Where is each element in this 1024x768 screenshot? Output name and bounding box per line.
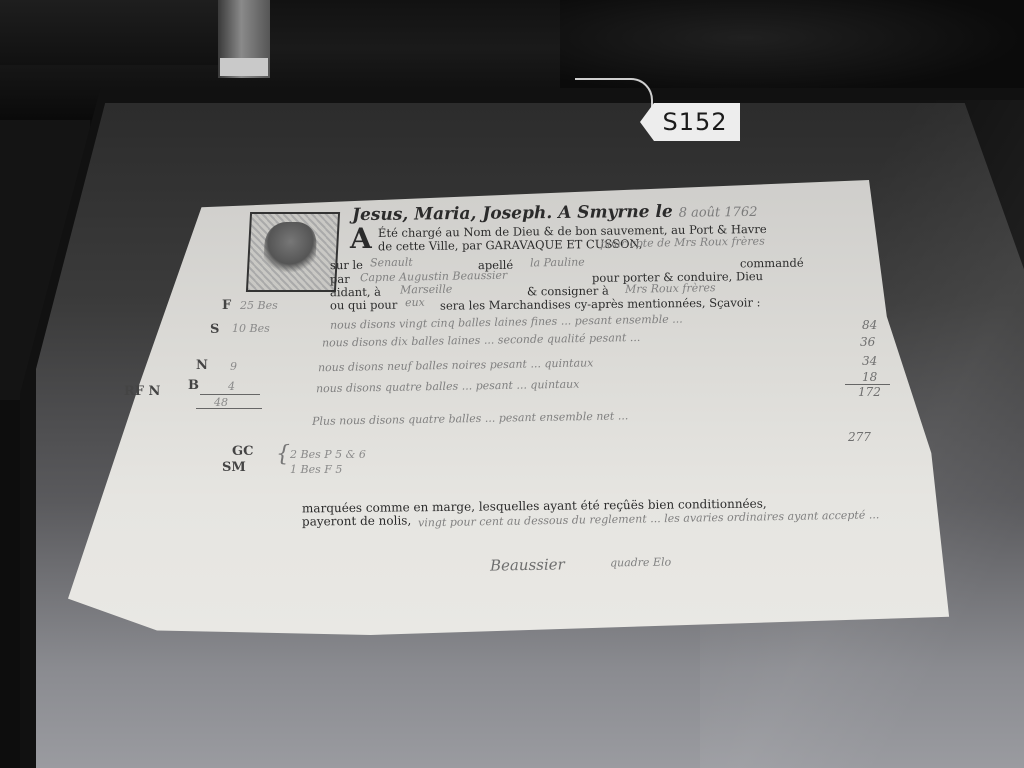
tag-string [575,78,653,110]
handwritten-destination: Marseille [400,283,453,297]
price-tag: S152 [640,103,740,141]
margin-brace: { [276,442,290,467]
drop-cap: A [350,222,372,255]
margin-mark-f: F [222,298,231,313]
handwritten-pour: eux [405,296,425,309]
printed-ou-qui-pour: ou qui pour [330,298,397,313]
margin-note-s: 10 Bes [232,322,270,335]
printed-sur-le: sur le [330,258,363,272]
closing-printed-line-2: payeront de nolis, [302,513,411,528]
cargo-total: 172 [858,385,881,399]
signature-note: quadre Elo [610,555,671,569]
price-tag-label: S152 [652,108,727,136]
margin-mark-s: S [210,322,219,337]
margin-rule-1 [200,394,260,395]
handwritten-vessel-name: la Pauline [530,256,585,270]
signature: Beaussier [490,555,565,574]
cargo-amount-3: 34 [862,354,877,368]
margin-note-n: 9 [230,360,237,373]
document-heading: Jesus, Maria, Joseph. A Smyrne le 8 août… [352,201,758,225]
background-metal-can [218,0,270,78]
margin-note-f: 25 Bes [240,299,278,312]
margin-rule-2 [196,408,262,409]
cargo-amount-4: 18 [862,370,877,384]
woodcut-illustration [246,212,340,292]
margin-mark-n: N [196,358,208,373]
cargo-amount-2: 36 [860,335,875,349]
margin-mark-b: B [188,378,199,393]
heading-date: 8 août 1762 [679,205,758,221]
margin-mark-sm: SM [222,460,246,475]
cargo-second-amount: 277 [848,430,871,444]
cargo-amount-1: 84 [862,318,877,332]
margin-mark-gc: GC [232,444,253,459]
handwritten-vessel-type: Senault [370,256,413,270]
handwritten-consignee: Mrs Roux frères [625,281,716,296]
margin-mark-rf-n: RF N [124,386,164,398]
printed-commande: commandé [740,256,804,271]
margin-brace-line-1: 2 Bes P 5 & 6 [290,448,366,461]
margin-note-b: 4 [228,380,235,393]
printed-par: par [330,272,350,286]
margin-brace-line-2: 1 Bes F 5 [290,463,342,476]
